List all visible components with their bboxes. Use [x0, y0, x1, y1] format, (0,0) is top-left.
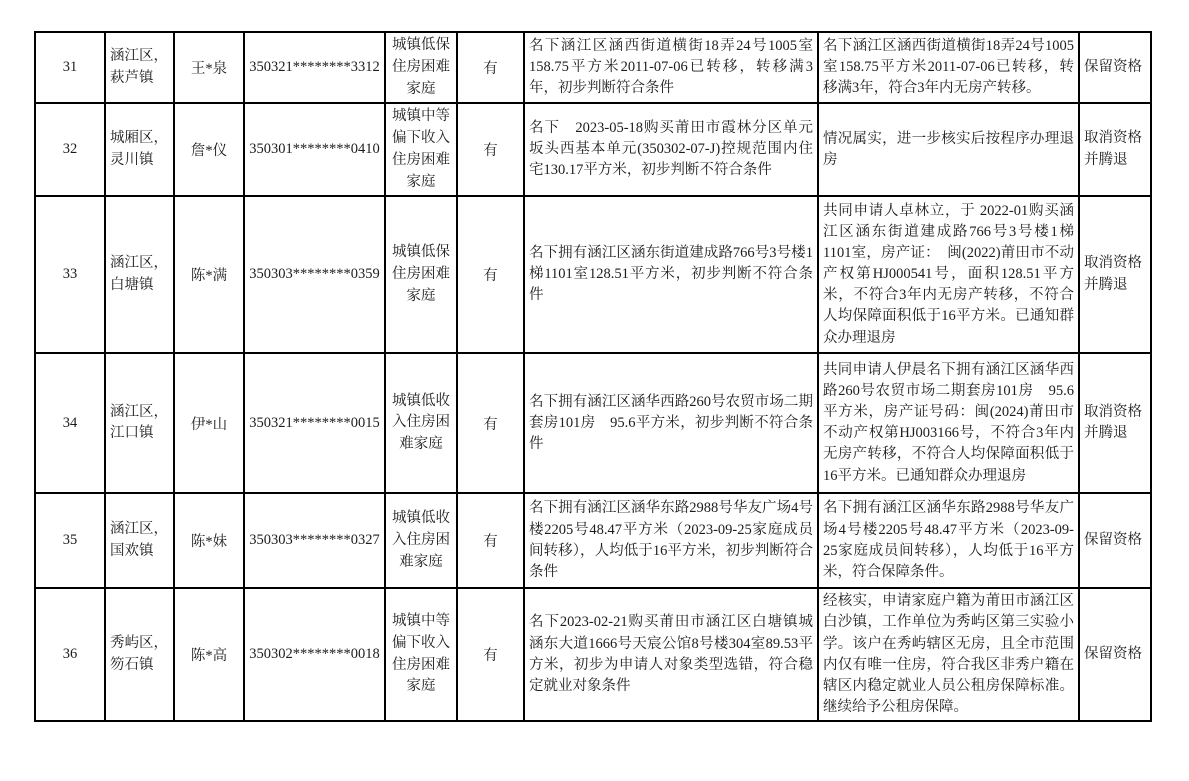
cell-id-number: 350303********0327 — [244, 493, 385, 588]
cell-initial-finding: 名下拥有涵江区涵东街道建成路766号3号楼1梯1101室128.51平方米，初步… — [524, 196, 818, 353]
qualification-review-table: 31 涵江区，萩芦镇 王*泉 350321********3312 城镇低保住房… — [34, 31, 1152, 722]
cell-decision: 保留资格 — [1079, 588, 1151, 721]
cell-verification-result: 情况属实，进一步核实后按程序办理退房 — [818, 103, 1079, 196]
cell-initial-finding: 名下 2023-05-18购买莆田市霞林分区单元坂头西基本单元(350302-0… — [524, 103, 818, 196]
table-row: 34 涵江区，江口镇 伊*山 350321********0015 城镇低收入住… — [35, 353, 1151, 493]
cell-seq-number: 31 — [35, 32, 105, 103]
cell-decision: 取消资格并腾退 — [1079, 103, 1151, 196]
cell-initial-finding: 名下涵江区涵西街道横街18弄24号1005室158.75平方米2011-07-0… — [524, 32, 818, 103]
cell-applicant-name: 伊*山 — [174, 353, 244, 493]
cell-initial-finding: 名下2023-02-21购买莆田市涵江区白塘镇城涵东大道1666号天宸公馆8号楼… — [524, 588, 818, 721]
cell-decision: 取消资格并腾退 — [1079, 353, 1151, 493]
cell-family-type: 城镇低收入住房困难家庭 — [385, 493, 457, 588]
cell-has-property: 有 — [457, 103, 524, 196]
cell-decision: 保留资格 — [1079, 32, 1151, 103]
table-row: 36 秀屿区，笏石镇 陈*高 350302********0018 城镇中等偏下… — [35, 588, 1151, 721]
cell-decision: 取消资格并腾退 — [1079, 196, 1151, 353]
cell-id-number: 350303********0359 — [244, 196, 385, 353]
table-row: 33 涵江区，白塘镇 陈*满 350303********0359 城镇低保住房… — [35, 196, 1151, 353]
cell-verification-result: 名下拥有涵江区涵华东路2988号华友广场4号楼2205号48.47平方米（202… — [818, 493, 1079, 588]
cell-verification-result: 名下涵江区涵西街道横街18弄24号1005室158.75平方米2011-07-0… — [818, 32, 1079, 103]
table-row: 35 涵江区，国欢镇 陈*妹 350303********0327 城镇低收入住… — [35, 493, 1151, 588]
cell-id-number: 350301********0410 — [244, 103, 385, 196]
cell-decision: 保留资格 — [1079, 493, 1151, 588]
cell-initial-finding: 名下拥有涵江区涵华西路260号农贸市场二期套房101房 95.6平方米，初步判断… — [524, 353, 818, 493]
review-table-body: 31 涵江区，萩芦镇 王*泉 350321********3312 城镇低保住房… — [35, 32, 1151, 721]
table-row: 32 城厢区，灵川镇 詹*仪 350301********0410 城镇中等偏下… — [35, 103, 1151, 196]
cell-seq-number: 36 — [35, 588, 105, 721]
cell-id-number: 350321********0015 — [244, 353, 385, 493]
cell-has-property: 有 — [457, 32, 524, 103]
cell-seq-number: 34 — [35, 353, 105, 493]
cell-id-number: 350302********0018 — [244, 588, 385, 721]
cell-district-town: 涵江区，萩芦镇 — [105, 32, 174, 103]
cell-verification-result: 共同申请人卓林立，于 2022-01购买涵江区涵东街道建成路766号3号楼1梯1… — [818, 196, 1079, 353]
cell-district-town: 涵江区，白塘镇 — [105, 196, 174, 353]
cell-district-town: 秀屿区，笏石镇 — [105, 588, 174, 721]
cell-applicant-name: 陈*满 — [174, 196, 244, 353]
cell-has-property: 有 — [457, 196, 524, 353]
cell-initial-finding: 名下拥有涵江区涵华东路2988号华友广场4号楼2205号48.47平方米（202… — [524, 493, 818, 588]
cell-family-type: 城镇低保住房困难家庭 — [385, 32, 457, 103]
document-page: 31 涵江区，萩芦镇 王*泉 350321********3312 城镇低保住房… — [0, 0, 1189, 781]
cell-applicant-name: 詹*仪 — [174, 103, 244, 196]
cell-seq-number: 35 — [35, 493, 105, 588]
cell-id-number: 350321********3312 — [244, 32, 385, 103]
cell-family-type: 城镇中等偏下收入住房困难家庭 — [385, 588, 457, 721]
cell-family-type: 城镇低收入住房困难家庭 — [385, 353, 457, 493]
cell-seq-number: 33 — [35, 196, 105, 353]
cell-family-type: 城镇中等偏下收入住房困难家庭 — [385, 103, 457, 196]
cell-district-town: 城厢区，灵川镇 — [105, 103, 174, 196]
cell-has-property: 有 — [457, 493, 524, 588]
cell-seq-number: 32 — [35, 103, 105, 196]
cell-has-property: 有 — [457, 353, 524, 493]
cell-district-town: 涵江区，江口镇 — [105, 353, 174, 493]
cell-applicant-name: 陈*高 — [174, 588, 244, 721]
cell-applicant-name: 陈*妹 — [174, 493, 244, 588]
cell-has-property: 有 — [457, 588, 524, 721]
table-row: 31 涵江区，萩芦镇 王*泉 350321********3312 城镇低保住房… — [35, 32, 1151, 103]
cell-verification-result: 共同申请人伊晨名下拥有涵江区涵华西路260号农贸市场二期套房101房 95.6平… — [818, 353, 1079, 493]
cell-family-type: 城镇低保住房困难家庭 — [385, 196, 457, 353]
cell-district-town: 涵江区，国欢镇 — [105, 493, 174, 588]
cell-applicant-name: 王*泉 — [174, 32, 244, 103]
cell-verification-result: 经核实，申请家庭户籍为莆田市涵江区白沙镇，工作单位为秀屿区第三实验小学。该户在秀… — [818, 588, 1079, 721]
